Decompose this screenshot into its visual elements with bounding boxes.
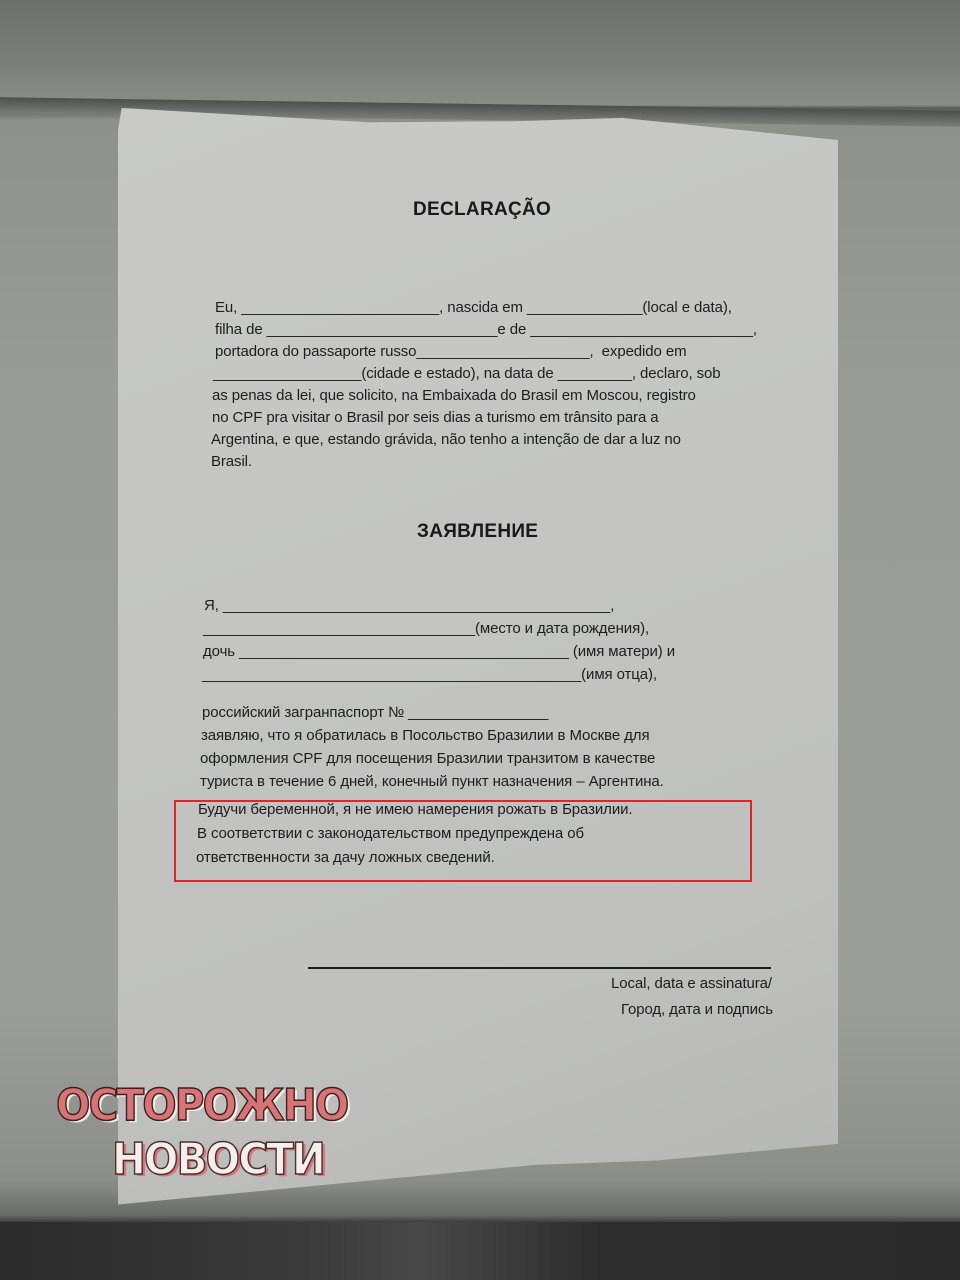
ru-highlighted-line-1: Будучи беременной, я не имею намерения р… xyxy=(198,799,632,821)
pt-line-4: __________________(cidade e estado), na … xyxy=(213,363,721,385)
pt-line-7: Argentina, e que, estando grávida, não t… xyxy=(211,429,681,451)
signature-label-ru: Город, дата и подпись xyxy=(621,999,773,1021)
declaration-title-ru: ЗАЯВЛЕНИЕ xyxy=(417,521,538,543)
pt-line-3: portadora do passaporte russo___________… xyxy=(215,341,686,363)
pt-line-1: Eu, ________________________, nascida em… xyxy=(215,297,732,319)
ru-form-line-2: _________________________________(место … xyxy=(203,618,649,640)
signature-label-pt: Local, data e assinatura/ xyxy=(611,973,772,995)
pt-line-6: no CPF pra visitar o Brasil por seis dia… xyxy=(212,407,659,429)
ru-form-line-4: ________________________________________… xyxy=(202,664,657,686)
ru-highlighted-line-2: В соответствии с законодательством преду… xyxy=(197,823,584,845)
pt-line-5: as penas da lei, que solicito, na Embaix… xyxy=(212,385,696,407)
watermark-line-2: НОВОСТИ xyxy=(112,1136,324,1184)
table-background xyxy=(0,1222,960,1280)
ru-form-line-1: Я, _____________________________________… xyxy=(204,595,614,617)
watermark-logo: ОСТОРОЖНО НОВОСТИ xyxy=(56,1082,396,1192)
ru-form-line-3: дочь ___________________________________… xyxy=(203,641,675,663)
ru-body-line-2: заявляю, что я обратилась в Посольство Б… xyxy=(201,725,649,747)
ru-highlighted-line-3: ответственности за дачу ложных сведений. xyxy=(196,847,495,869)
watermark-line-1: ОСТОРОЖНО xyxy=(56,1082,348,1130)
pt-line-2: filha de ____________________________e d… xyxy=(215,319,757,341)
ru-body-line-3: оформления CPF для посещения Бразилии тр… xyxy=(200,748,655,770)
ru-body-line-4: туриста в течение 6 дней, конечный пункт… xyxy=(200,771,664,793)
pt-line-8: Brasil. xyxy=(211,451,252,473)
ru-body-line-1: российский загранпаспорт № _____________… xyxy=(202,702,548,724)
signature-line xyxy=(308,967,771,969)
declaration-title-pt: DECLARAÇÃO xyxy=(413,199,551,221)
